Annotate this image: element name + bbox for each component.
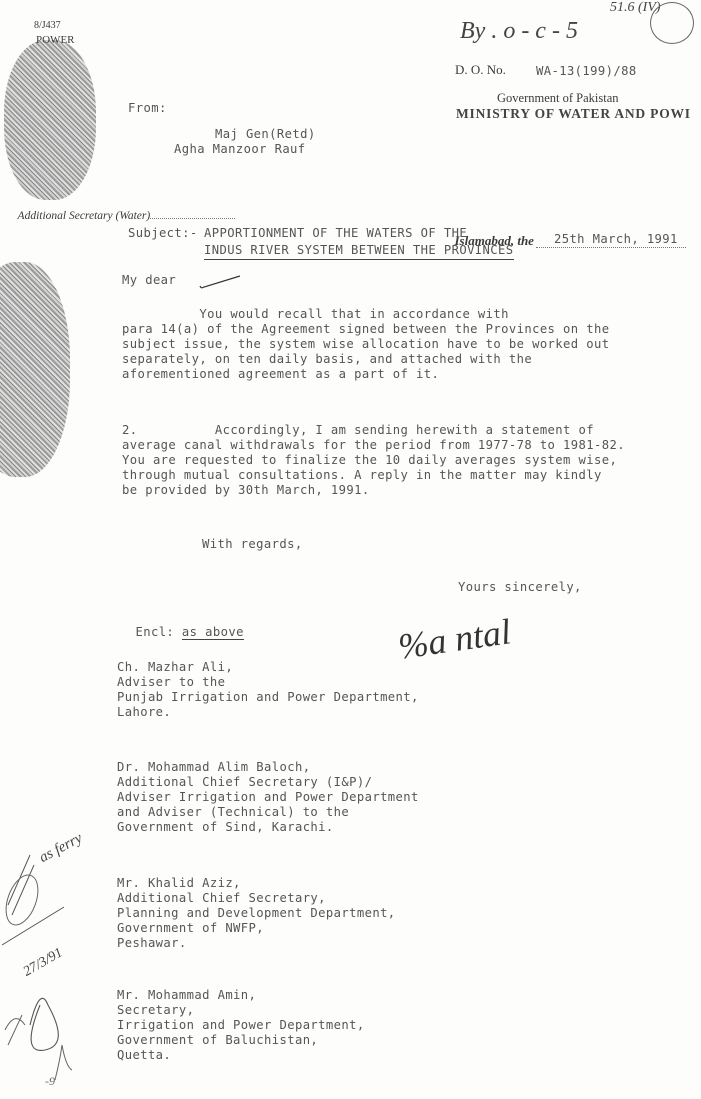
body-line: average canal withdrawals for the period… [122,438,625,453]
body-line: You would recall that in accordance with [122,307,609,322]
recipient-line: Government of Sind, Karachi. [117,820,419,835]
emblem-text-power: POWER [36,34,75,46]
recipient-line: Planning and Development Department, [117,906,396,921]
letter-date: 25th March, 1991 [554,232,678,246]
designation-dots [150,218,235,219]
body-paragraph-1: You would recall that in accordance with… [122,307,609,382]
body-line: be provided by 30th March, 1991. [122,483,625,498]
recipient-line: Quetta. [117,1048,365,1063]
recipient-line: Mr. Khalid Aziz, [117,876,396,891]
state-emblem-icon [4,40,96,200]
designation-text: Additional Secretary (Water) [18,210,151,222]
recipient-line: Mr. Mohammad Amin, [117,988,365,1003]
recipient-line: Lahore. [117,705,419,720]
emblem-text-top: 8/J437 [34,20,61,31]
salutation: My dear [122,273,176,287]
recipient-line: and Adviser (Technical) to the [117,805,419,820]
recipient-line: Punjab Irrigation and Power Department, [117,690,419,705]
recipient-block: Mr. Mohammad Amin,Secretary,Irrigation a… [117,988,365,1063]
designation-line: Additional Secretary (Water) [12,198,235,222]
tick-mark-icon [196,272,246,292]
ministry-name: MINISTRY OF WATER AND POWI [456,106,691,122]
enclosure-label: Encl: [135,625,174,639]
body-line: aforementioned agreement as a part of it… [122,367,609,382]
recipient-line: Dr. Mohammad Alim Baloch, [117,760,419,775]
body-line: subject issue, the system wise allocatio… [122,337,609,352]
closing-sincerely: Yours sincerely, [458,580,582,594]
recipient-line: Government of NWFP, [117,921,396,936]
handwritten-reference: By . o - c - 5 [460,18,578,45]
recipient-line: Ch. Mazhar Ali, [117,660,419,675]
closing-regards: With regards, [202,537,303,551]
body-line: para 14(a) of the Agreement signed betwe… [122,322,609,337]
recipient-line: Adviser to the [117,675,419,690]
enclosure: Encl: as above [120,611,244,639]
government-name: Government of Pakistan [497,91,619,106]
sender-name: Agha Manzoor Rauf [174,142,306,156]
recipient-block: Mr. Khalid Aziz,Additional Chief Secreta… [117,876,396,951]
date-field: 25th March, 1991 [536,199,686,248]
recipient-block: Ch. Mazhar Ali,Adviser to thePunjab Irri… [117,660,419,720]
subject-line-2: INDUS RIVER SYSTEM BETWEEN THE PROVINCES [204,243,514,260]
recipient-line: Adviser Irrigation and Power Department [117,790,419,805]
margin-scribbles-icon: -9 [0,845,110,1095]
body-line: through mutual consultations. A reply in… [122,468,625,483]
body-paragraph-2: 2. Accordingly, I am sending herewith a … [122,423,625,498]
recipient-block: Dr. Mohammad Alim Baloch,Additional Chie… [117,760,419,835]
body-line: separately, on ten daily basis, and atta… [122,352,609,367]
circle-mark-icon [650,2,694,44]
recipient-line: Additional Chief Secretary, [117,891,396,906]
sender-rank: Maj Gen(Retd) [215,127,316,141]
recipient-line: Irrigation and Power Department, [117,1018,365,1033]
recipient-line: Additional Chief Secretary (I&P)/ [117,775,419,790]
seal-stamp-icon [0,262,70,477]
recipient-line: Peshawar. [117,936,396,951]
svg-text:-9: -9 [45,1074,55,1088]
subject-label: Subject:- [128,226,198,240]
do-number: WA-13(199)/88 [536,64,637,78]
do-label: D. O. No. [455,62,506,78]
from-label: From: [128,101,167,115]
recipient-line: Government of Baluchistan, [117,1033,365,1048]
body-line: You are requested to finalize the 10 dai… [122,453,625,468]
place-label: Islamabad, the 25th March, 1991 [448,185,686,250]
recipient-line: Secretary, [117,1003,365,1018]
body-line: 2. Accordingly, I am sending herewith a … [122,423,625,438]
enclosure-value: as above [182,625,244,640]
subject-line-1: APPORTIONMENT OF THE WATERS OF THE [204,226,467,240]
